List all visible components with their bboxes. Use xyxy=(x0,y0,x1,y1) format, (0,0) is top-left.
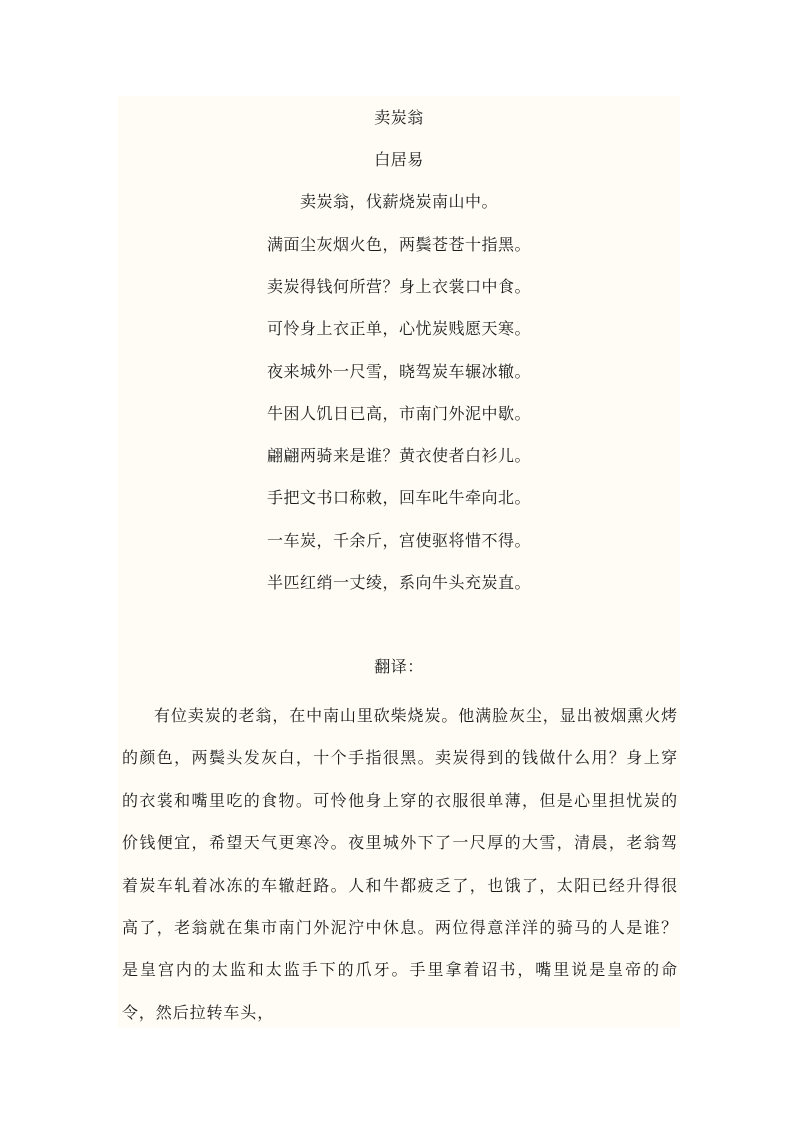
translation-heading: 翻译： xyxy=(118,657,680,677)
poem-line: 满面尘灰烟火色，两鬓苍苍十指黑。 xyxy=(118,235,680,255)
poem-line: 卖炭得钱何所营？身上衣裳口中食。 xyxy=(118,277,680,297)
poem-line: 牛困人饥日已高，市南门外泥中歇。 xyxy=(118,404,680,424)
translation-paragraph: 有位卖炭的老翁，在中南山里砍柴烧炭。他满脸灰尘，显出被烟熏火烤的颜色，两鬓头发灰… xyxy=(122,695,678,1034)
translation-body: 有位卖炭的老翁，在中南山里砍柴烧炭。他满脸灰尘，显出被烟熏火烤的颜色，两鬓头发灰… xyxy=(122,695,678,1034)
poem-author: 白居易 xyxy=(118,150,680,170)
poem-line: 翩翩两骑来是谁？黄衣使者白衫儿。 xyxy=(118,446,680,466)
poem-line: 一车炭，千余斤，宫使驱将惜不得。 xyxy=(118,531,680,551)
poem-line: 夜来城外一尺雪，晓驾炭车辗冰辙。 xyxy=(118,362,680,382)
poem-line: 手把文书口称敕，回车叱牛牵向北。 xyxy=(118,488,680,508)
poem-title: 卖炭翁 xyxy=(118,108,680,128)
poem-line: 可怜身上衣正单，心忧炭贱愿天寒。 xyxy=(118,319,680,339)
poem-line: 半匹红绡一丈绫，系向牛头充炭直。 xyxy=(118,573,680,593)
document-page: 卖炭翁 白居易 卖炭翁，伐薪烧炭南山中。 满面尘灰烟火色，两鬓苍苍十指黑。 卖炭… xyxy=(118,96,680,1028)
poem-line: 卖炭翁，伐薪烧炭南山中。 xyxy=(118,192,680,212)
